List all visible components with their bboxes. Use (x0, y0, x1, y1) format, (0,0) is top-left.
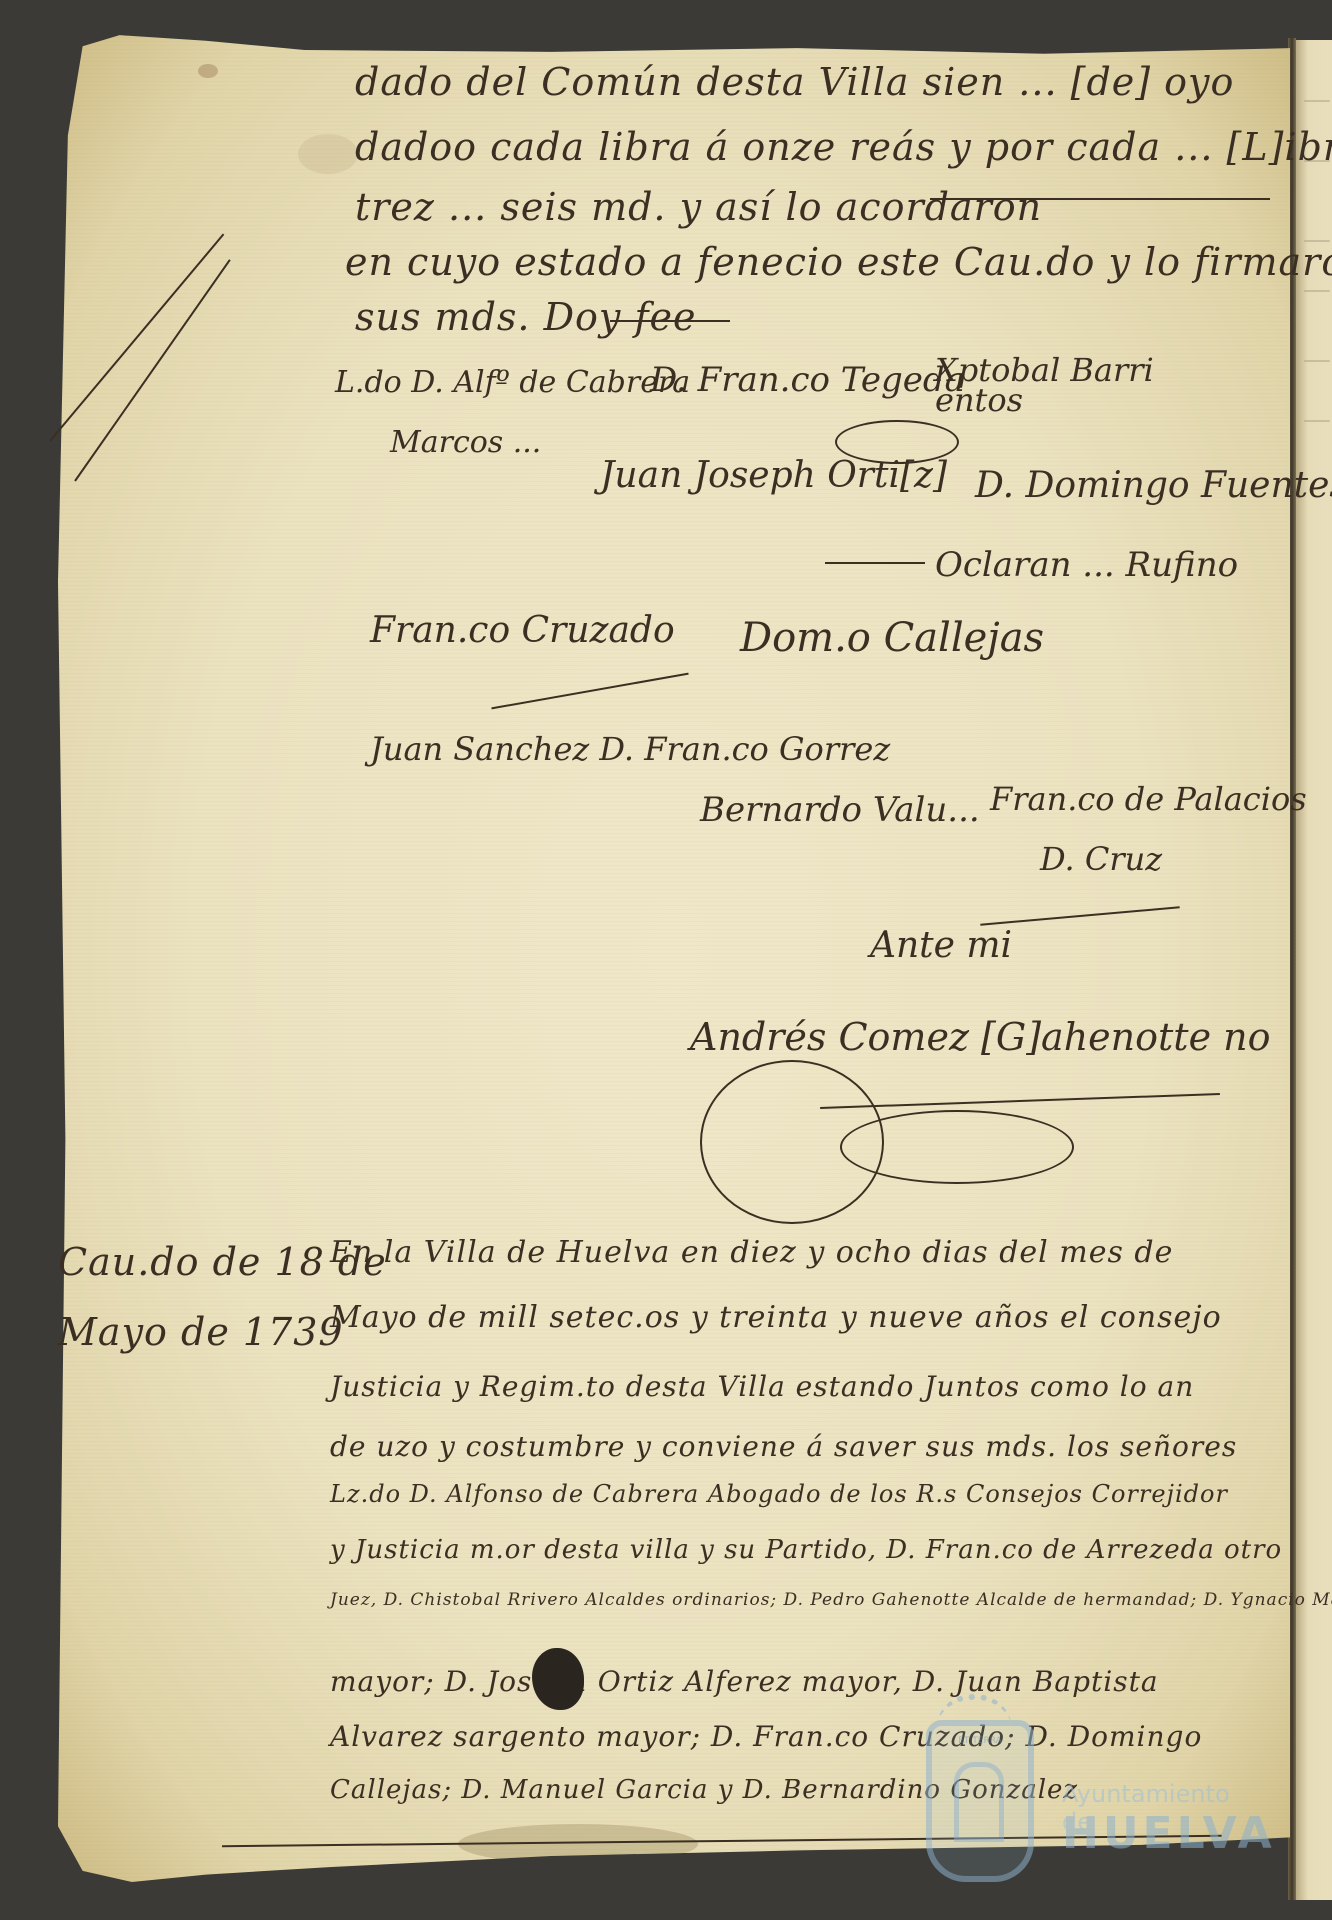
signature: Fran.co de Palacios (990, 780, 1307, 818)
rubric-flourish (835, 420, 959, 464)
signature: D. Cruz (1040, 840, 1162, 878)
stain (198, 64, 218, 78)
signature: Andrés Comez [G]ahenotte no (690, 1015, 1270, 1059)
underline (610, 320, 730, 322)
text-line: En la Villa de Huelva en diez y ocho dia… (330, 1235, 1173, 1270)
stain (298, 134, 358, 174)
text-line: sus mds. Doy fee (355, 295, 697, 339)
text-line: Mayo de mill setec.os y treinta y nueve … (330, 1300, 1222, 1335)
text-line: y Justicia m.or desta villa y su Partido… (330, 1535, 1282, 1565)
signature: Xptobal Barri entos (935, 355, 1235, 415)
text-line: mayor; D. Joseph Ortiz Alferez mayor, D.… (330, 1665, 1159, 1698)
text-line: Justicia y Regim.to desta Villa estando … (330, 1370, 1194, 1403)
underline (930, 198, 1270, 200)
text-line: en cuyo estado a fenecio este Cau.do y l… (345, 240, 1332, 284)
signature: D. Fran.co Tegeda (650, 360, 965, 400)
huelva-crest-icon: ET TERRA (926, 1720, 1034, 1882)
signature: Oclaran ... Rufino (935, 545, 1238, 585)
rubric-flourish (840, 1110, 1074, 1184)
ink-blot (532, 1648, 584, 1710)
signature: Marcos ... (390, 425, 541, 460)
text-line: dadoo cada libra á onze reás y por cada … (355, 125, 1332, 169)
signature: D. Domingo Fuentes (975, 465, 1332, 506)
text-line: Juez, D. Chistobal Rrivero Alcaldes ordi… (330, 1590, 1332, 1610)
signature: Bernardo Valu... (700, 790, 980, 830)
watermark-line2: HUELVA (1062, 1808, 1276, 1859)
rubric-stroke (825, 562, 925, 564)
signature: Fran.co Cruzado (370, 610, 675, 651)
opposite-page-edge (1296, 40, 1332, 1900)
signature: Juan Sanchez D. Fran.co Gorrez (370, 730, 890, 768)
text-line: Lz.do D. Alfonso de Cabrera Abogado de l… (330, 1480, 1228, 1508)
signature: Ante mi (870, 925, 1012, 966)
crest-arch (954, 1762, 1004, 1842)
text-line: trez ... seis md. y así lo acordaron (355, 185, 1042, 229)
signature: L.do D. Alfº de Cabrera (335, 365, 690, 400)
signature: Dom.o Callejas (740, 615, 1044, 661)
text-line: de uzo y costumbre y conviene á saver su… (330, 1430, 1237, 1463)
text-line: dado del Común desta Villa sien ... [de]… (355, 60, 1234, 104)
margin-note-line: Mayo de 1739 (58, 1310, 344, 1354)
crest-motto: ET TERRA (932, 1736, 1028, 1746)
archive-watermark: ET TERRA Ayuntamiento de HUELVA (912, 1720, 1252, 1900)
